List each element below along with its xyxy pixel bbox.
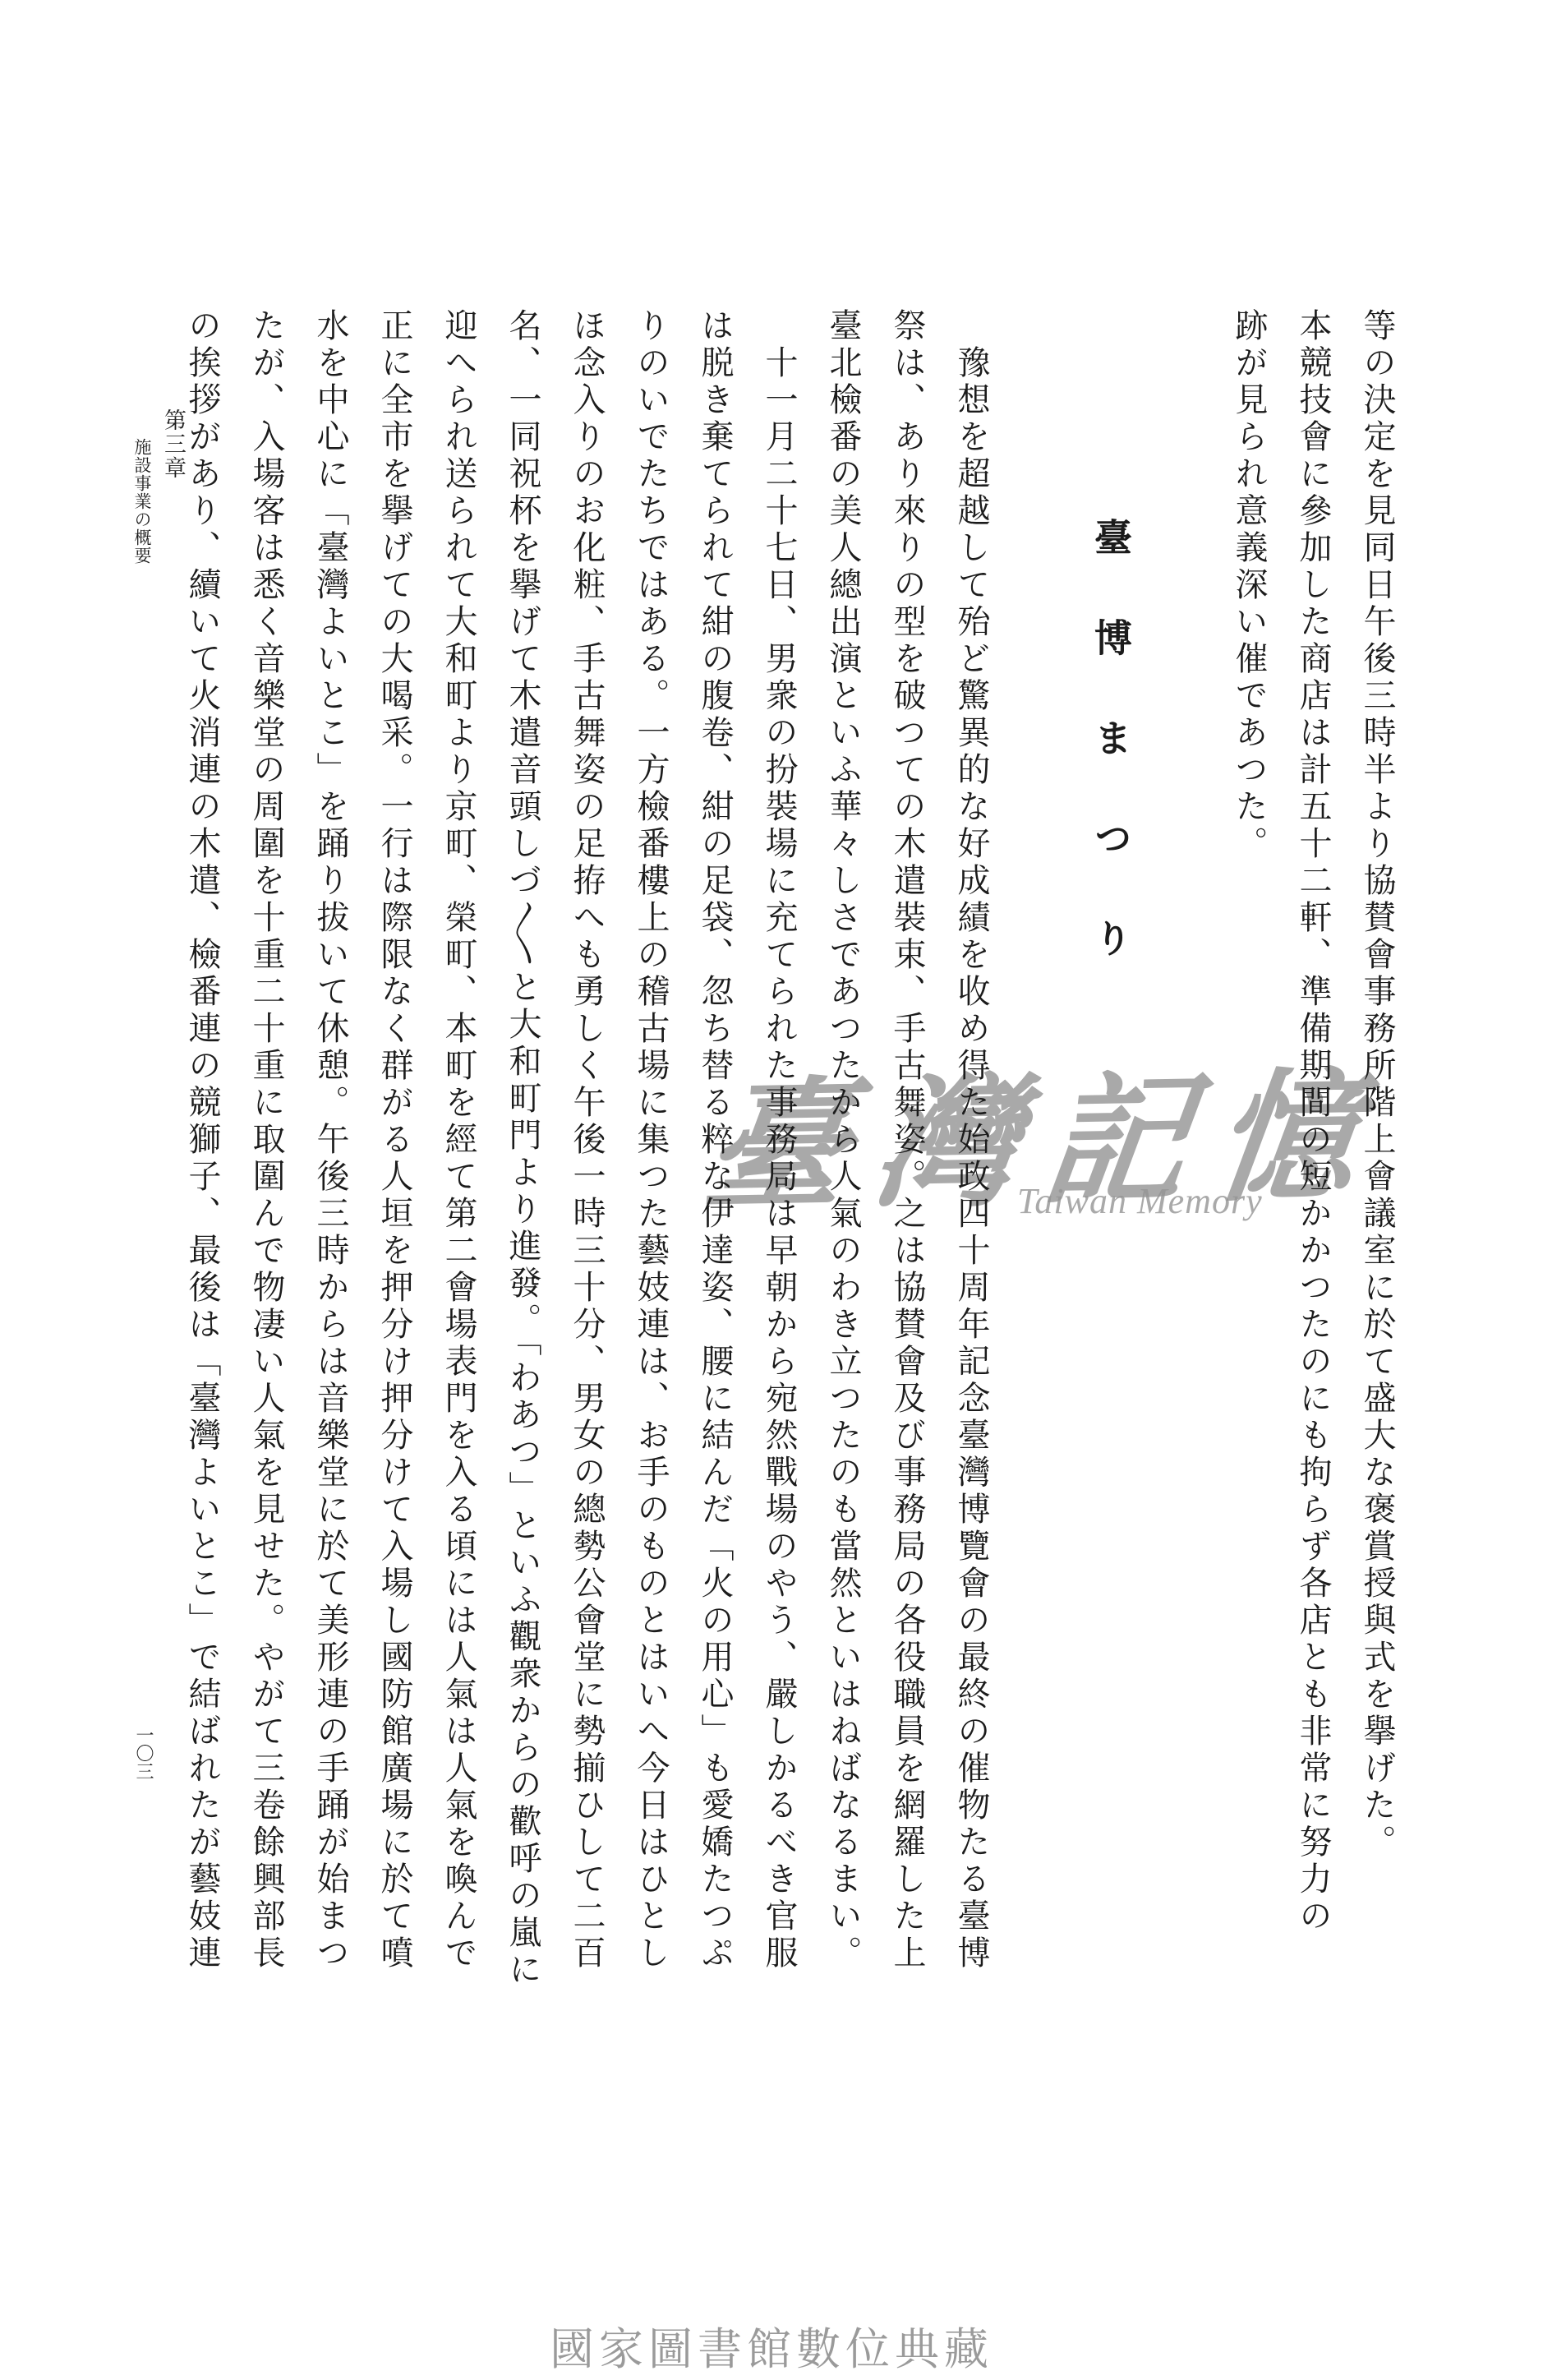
section-title: 臺博まつり [1085, 308, 1135, 1985]
text-line: ほ念入りのお化粧、手古舞姿の足拵へも勇しく午後一時三十分、男女の總勢公會堂に勢揃… [555, 308, 619, 1985]
text-line: は脱き棄てられて紺の腹卷、紺の足袋、忽ち替る粹な伊達姿、腰に結んだ「火の用心」も… [683, 308, 747, 1985]
text-line: 水を中心に「臺灣よいとこ」を踊り拔いて休憩。午後三時からは音樂堂に於て美形連の手… [298, 308, 362, 1985]
section-label: 施設事業の概要 [130, 408, 154, 565]
text-line: 本競技會に參加した商店は計五十二軒、準備期間の短かかつたのにも拘らず各店とも非常… [1281, 308, 1345, 1985]
body-text: 等の決定を見同日午後三時半より協賛會事務所階上會議室に於て盛大な褒賞授與式を擧げ… [170, 308, 1409, 1985]
text-line: 十一月二十七日、男衆の扮裝場に充てられた事務局は早朝から宛然戰場のやう、嚴しかる… [747, 308, 811, 1985]
text-line: 豫想を超越して殆ど驚異的な好成績を收め得た始政四十周年記念臺灣博覽會の最終の催物… [939, 308, 1003, 1985]
text-line: たが、入場客は悉く音樂堂の周圍を十重二十重に取圍んで物凄い人氣を見せた。やがて三… [234, 308, 298, 1985]
page-number: 一〇三 [131, 1726, 157, 1780]
chapter-label: 第三章 [158, 408, 190, 565]
text-line: りのいでたちではある。一方檢番樓上の稽古場に集つた藝妓連は、お手のものとはいへ今… [619, 308, 683, 1985]
text-line: 正に全市を擧げての大喝采。一行は際限なく群がる人垣を押分け押分けて入場し國防館廣… [362, 308, 426, 1985]
text-line: 祭は、あり來りの型を破つての木遣裝束、手古舞姿。之は協賛會及び事務局の各役職員を… [875, 308, 939, 1985]
text-line: 迎へられ送られて大和町より京町、榮町、本町を經て第二會場表門を入る頃には人氣は人… [426, 308, 491, 1985]
running-header: 第三章 施設事業の概要 [130, 408, 190, 565]
text-line: 跡が見られ意義深い催であつた。 [1217, 308, 1281, 1985]
text-line: 名、一同祝杯を擧げて木遣音頭しづ〱と大和町門より進發。「わあつ」といふ觀衆からの… [491, 308, 555, 1985]
text-line: 臺北檢番の美人總出演といふ華々しさであつたから人氣のわき立つたのも當然といはねば… [811, 308, 875, 1985]
text-line: 等の決定を見同日午後三時半より協賛會事務所階上會議室に於て盛大な褒賞授與式を擧げ… [1345, 308, 1409, 1985]
footer-credit: 國家圖書館數位典藏 [0, 2314, 1543, 2378]
scanned-book-page: 第三章 施設事業の概要 一〇三 臺灣記憶 Taiwan Memory 等の決定を… [0, 0, 1543, 2380]
